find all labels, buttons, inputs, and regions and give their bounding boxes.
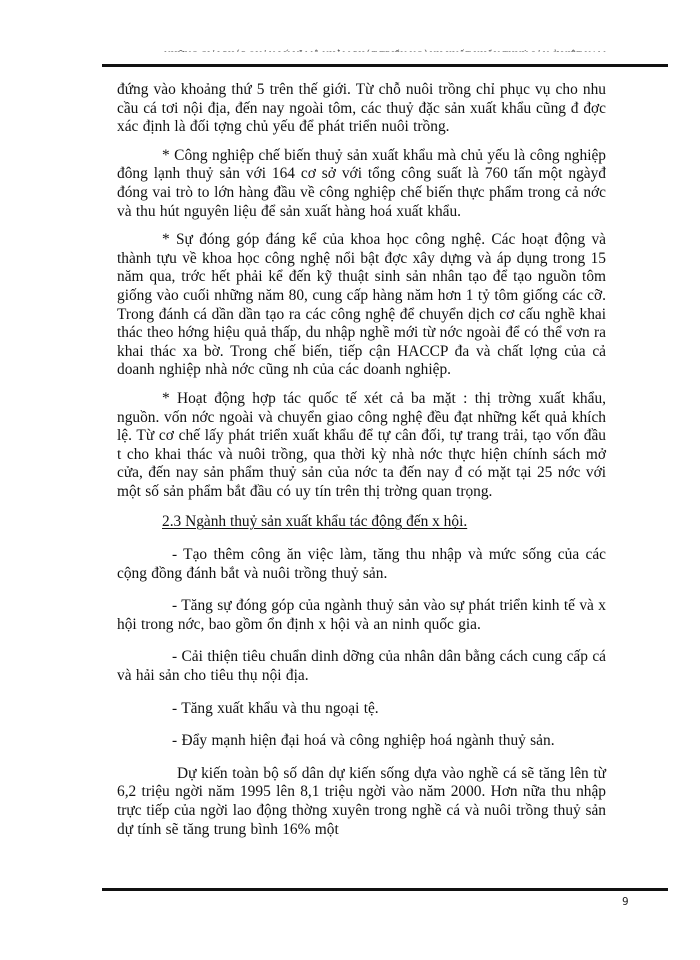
body-paragraph-continuation: đứng vào khoảng thứ 5 trên thế giới. Từ … [117, 81, 606, 137]
bullet-item-economic-contribution: - Tăng sự đóng góp của ngành thuỷ sản và… [117, 597, 606, 634]
bullet-item-jobs: - Tạo thêm công ăn việc làm, tăng thu nh… [117, 546, 606, 583]
page-number: 9 [622, 895, 629, 908]
running-header: NHỮNG GIẢI PHÁP QUẢN LÝ VĨ MÔ NHẰM PHÁT … [102, 40, 668, 52]
section-heading-text: 2.3 Ngành thuỷ sản xuất khẩu tác động đế… [162, 513, 467, 530]
body-paragraph-closing: Dự kiến toàn bộ số dân dự kiến sống dựa … [117, 765, 606, 839]
bullet-item-exports: - Tăng xuất khẩu và thu ngoại tệ. [117, 700, 606, 719]
page-body: đứng vào khoảng thứ 5 trên thế giới. Từ … [117, 81, 606, 839]
footer-divider [102, 888, 668, 891]
section-heading: 2.3 Ngành thuỷ sản xuất khẩu tác động đế… [117, 513, 606, 532]
header-divider [102, 64, 668, 67]
bullet-item-nutrition: - Cải thiện tiêu chuẩn dinh dỡng của nhâ… [117, 648, 606, 685]
bullet-item-modernization: - Đẩy mạnh hiện đại hoá và công nghiệp h… [117, 732, 606, 751]
body-paragraph-international-cooperation: * Hoạt động hợp tác quốc tế xét cả ba mặ… [117, 390, 606, 502]
body-paragraph-science-technology: * Sự đóng góp đáng kể của khoa học công … [117, 231, 606, 380]
body-paragraph-processing-industry: * Công nghiệp chế biến thuỷ sản xuất khẩ… [117, 147, 606, 221]
running-header-title: NHỮNG GIẢI PHÁP QUẢN LÝ VĨ MÔ NHẰM PHÁT … [164, 50, 606, 52]
